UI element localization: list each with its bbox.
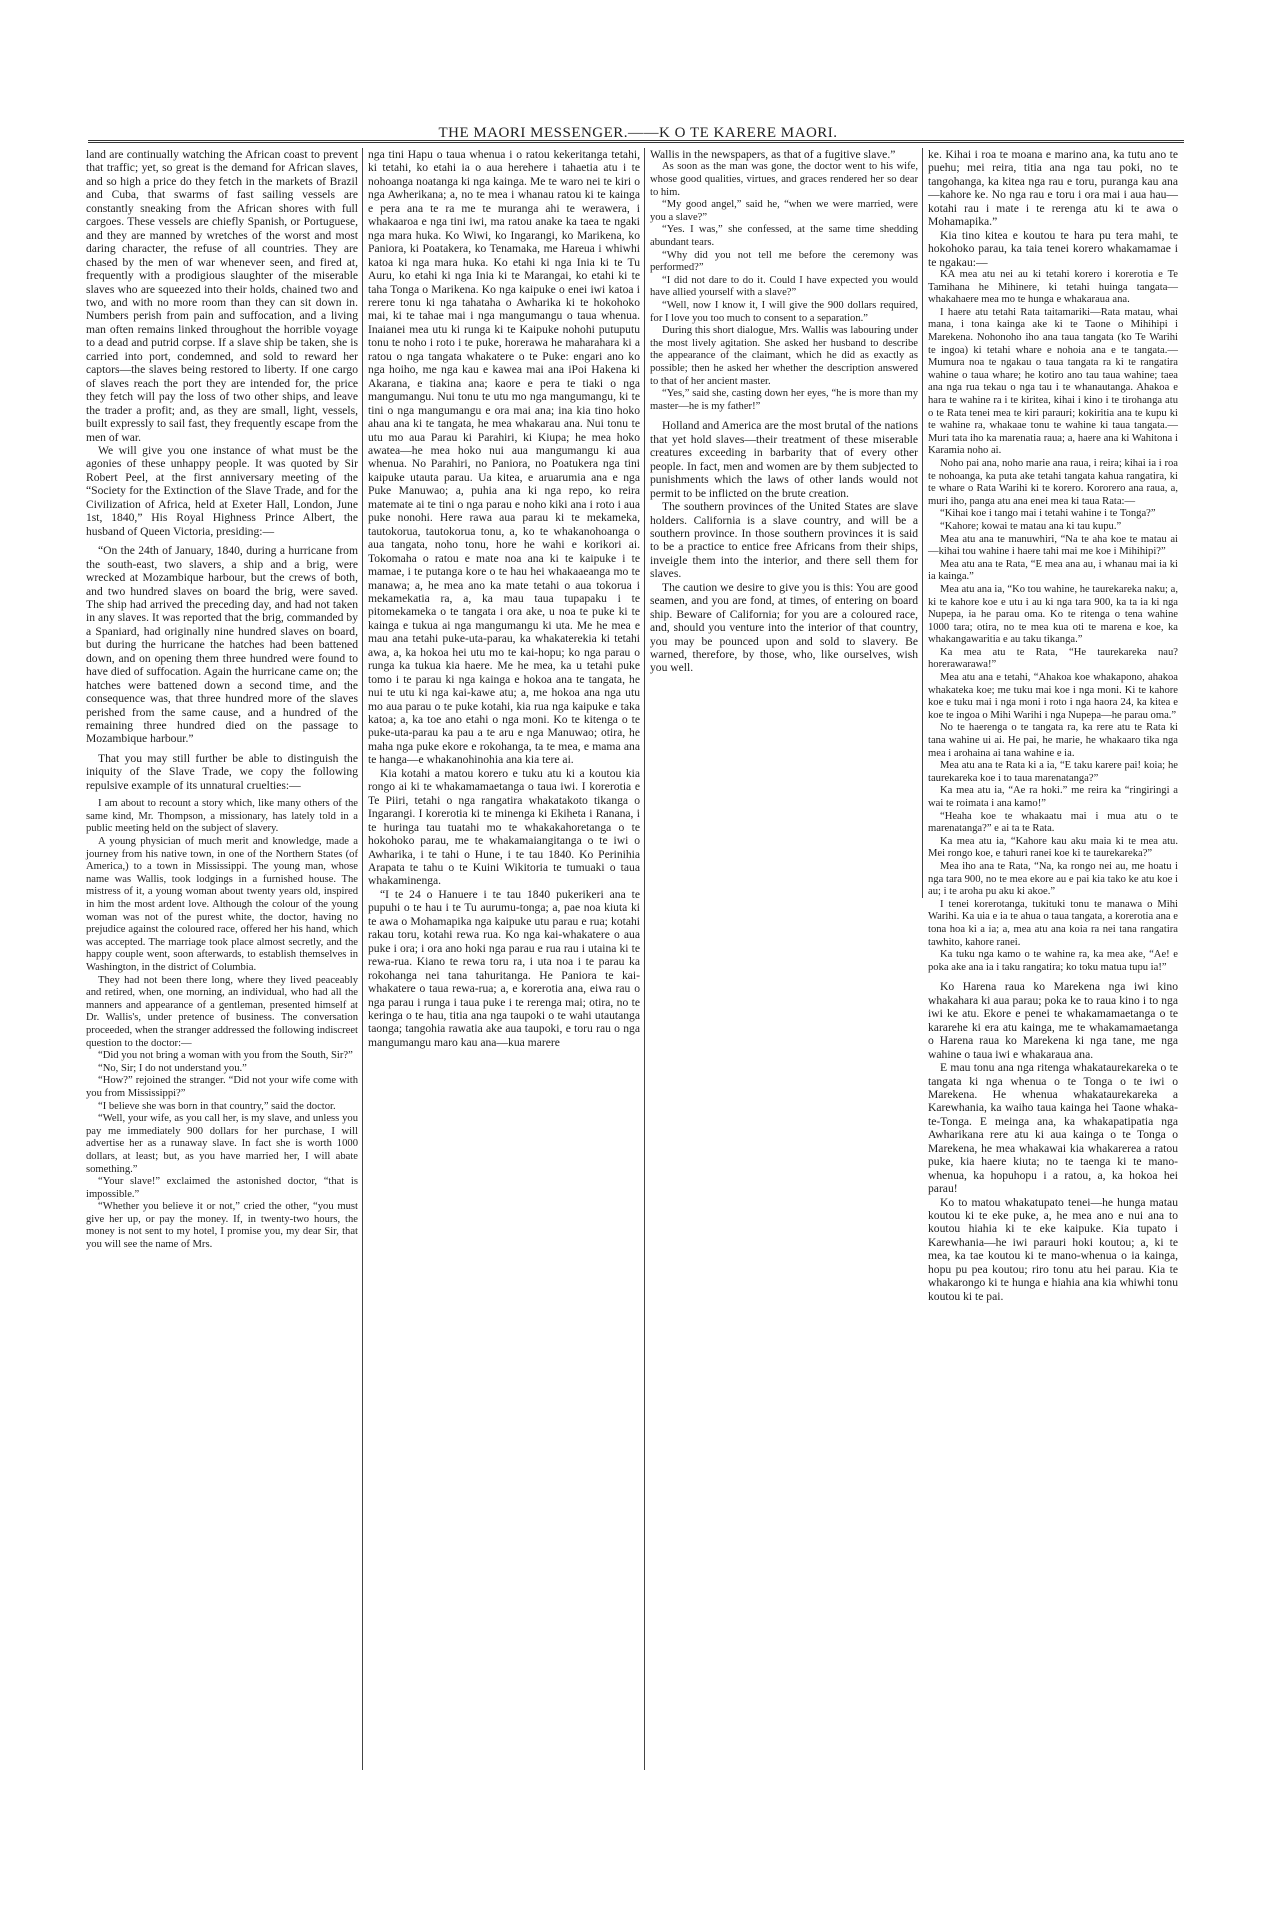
article-paragraph: “Whether you believe it or not,” cried t… bbox=[86, 1201, 358, 1251]
article-paragraph: Mea atu ana te Rata, “E mea ana au, i wh… bbox=[928, 559, 1178, 584]
article-paragraph: The caution we desire to give you is thi… bbox=[650, 581, 918, 675]
article-paragraph: I tenei korerotanga, tukituki tonu te ma… bbox=[928, 899, 1178, 949]
masthead-title: THE MAORI MESSENGER.——K O TE KARERE MAOR… bbox=[438, 125, 837, 141]
article-paragraph: Mea atu ana te Rata ki a ia, “E taku kar… bbox=[928, 760, 1178, 785]
article-paragraph: Mea atu ana te manuwhiri, “Na te aha koe… bbox=[928, 534, 1178, 559]
column-4: ke. Kihai i roa te moana e marino ana, k… bbox=[928, 148, 1178, 1303]
article-paragraph: “How?” rejoined the stranger. “Did not y… bbox=[86, 1075, 358, 1100]
column-1: land are continually watching the Africa… bbox=[86, 148, 358, 1252]
column-divider-3 bbox=[922, 148, 923, 898]
article-paragraph: During this short dialogue, Mrs. Wallis … bbox=[650, 325, 918, 388]
article-paragraph: “Kahore; kowai te matau ana ki tau kupu.… bbox=[928, 521, 1178, 534]
page-header: THE MAORI MESSENGER.——K O TE KARERE MAOR… bbox=[92, 122, 1184, 142]
article-paragraph: “No, Sir; I do not understand you.” bbox=[86, 1063, 358, 1076]
article-paragraph: We will give you one instance of what mu… bbox=[86, 444, 358, 538]
article-paragraph: “I did not dare to do it. Could I have e… bbox=[650, 275, 918, 300]
article-paragraph: That you may still further be able to di… bbox=[86, 752, 358, 792]
article-paragraph: “Kihai koe i tango mai i tetahi wahine i… bbox=[928, 508, 1178, 521]
article-paragraph: Kia kotahi a matou korero e tuku atu ki … bbox=[368, 767, 640, 888]
article-paragraph: “Why did you not tell me before the cere… bbox=[650, 250, 918, 275]
article-paragraph: As soon as the man was gone, the doctor … bbox=[650, 161, 918, 199]
header-rule bbox=[88, 140, 1184, 143]
article-paragraph: KA mea atu nei au ki tetahi korero i kor… bbox=[928, 269, 1178, 307]
article-paragraph: “Your slave!” exclaimed the astonished d… bbox=[86, 1176, 358, 1201]
article-paragraph: “Heaha koe te whakaatu mai i mua atu o t… bbox=[928, 811, 1178, 836]
article-paragraph: Mea iho ana te Rata, “Na, ka rongo nei a… bbox=[928, 861, 1178, 899]
article-paragraph: Ko Harena raua ko Marekena nga iwi kino … bbox=[928, 980, 1178, 1061]
article-paragraph: No te haerenga o te tangata ra, ka rere … bbox=[928, 722, 1178, 760]
article-paragraph: A young physician of much merit and know… bbox=[86, 836, 358, 975]
article-paragraph: land are continually watching the Africa… bbox=[86, 148, 358, 444]
article-paragraph: “I te 24 o Hanuere i te tau 1840 pukerik… bbox=[368, 888, 640, 1049]
column-divider-1 bbox=[362, 148, 363, 1770]
article-paragraph: Ka mea atu ia, “Kahore kau aku maia ki t… bbox=[928, 836, 1178, 861]
article-paragraph: Noho pai ana, noho marie ana raua, i rei… bbox=[928, 458, 1178, 508]
article-paragraph: I haere atu tetahi Rata taitamariki—Rata… bbox=[928, 307, 1178, 458]
article-paragraph: “Did you not bring a woman with you from… bbox=[86, 1050, 358, 1063]
article-paragraph: “I believe she was born in that country,… bbox=[86, 1101, 358, 1114]
article-paragraph: Wallis in the newspapers, as that of a f… bbox=[650, 148, 918, 161]
article-paragraph: Holland and America are the most brutal … bbox=[650, 419, 918, 500]
article-paragraph: Ka mea atu ia, “Ae ra hoki.” me reira ka… bbox=[928, 785, 1178, 810]
article-paragraph: ke. Kihai i roa te moana e marino ana, k… bbox=[928, 148, 1178, 229]
article-paragraph: “Well, now I know it, I will give the 90… bbox=[650, 300, 918, 325]
column-2: nga tini Hapu o taua whenua i o ratou ke… bbox=[368, 148, 640, 1049]
article-paragraph: nga tini Hapu o taua whenua i o ratou ke… bbox=[368, 148, 640, 767]
article-paragraph: The southern provinces of the United Sta… bbox=[650, 500, 918, 581]
article-paragraph: Ko to matou whakatupato tenei—he hunga m… bbox=[928, 1196, 1178, 1304]
article-paragraph: “My good angel,” said he, “when we were … bbox=[650, 199, 918, 224]
article-paragraph: Mea atu ana e tetahi, “Ahakoa koe whakap… bbox=[928, 672, 1178, 722]
article-paragraph: “Yes,” said she, casting down her eyes, … bbox=[650, 388, 918, 413]
article-paragraph: Ka tuku nga kamo o te wahine ra, ka mea … bbox=[928, 949, 1178, 974]
article-paragraph: “On the 24th of January, 1840, during a … bbox=[86, 544, 358, 746]
article-paragraph: I am about to recount a story which, lik… bbox=[86, 798, 358, 836]
article-paragraph: Ka mea atu te Rata, “He taurekareka nau?… bbox=[928, 647, 1178, 672]
article-paragraph: They had not been there long, where they… bbox=[86, 975, 358, 1051]
article-paragraph: Mea atu ana ia, “Ko tou wahine, he taure… bbox=[928, 584, 1178, 647]
article-paragraph: “Well, your wife, as you call her, is my… bbox=[86, 1113, 358, 1176]
column-divider-2 bbox=[644, 148, 645, 1770]
article-paragraph: Kia tino kitea e koutou te hara pu tera … bbox=[928, 229, 1178, 269]
article-paragraph: “Yes. I was,” she confessed, at the same… bbox=[650, 224, 918, 249]
column-3: Wallis in the newspapers, as that of a f… bbox=[650, 148, 918, 675]
article-paragraph: E mau tonu ana nga ritenga whakataurekar… bbox=[928, 1061, 1178, 1196]
